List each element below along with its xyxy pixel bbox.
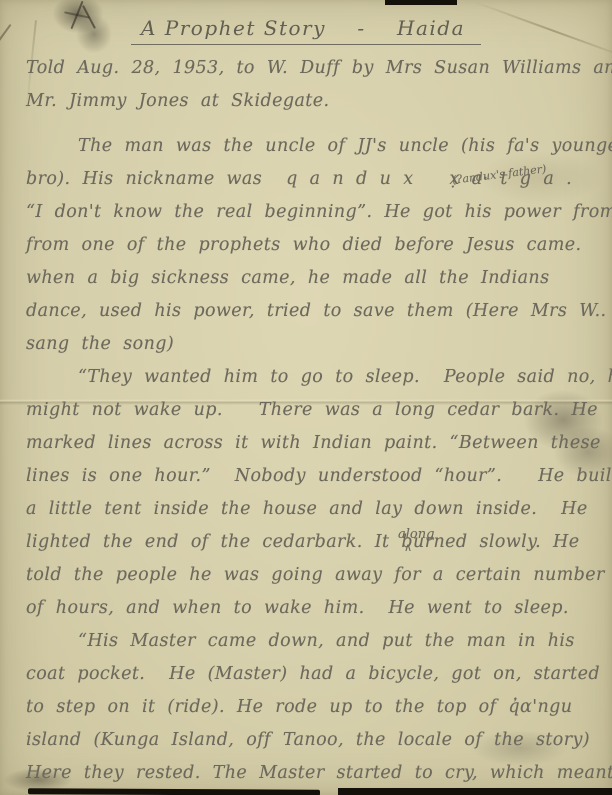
body-text: The man was the uncle of JJ's uncle (his… xyxy=(26,130,604,790)
handwritten-line: “I don't know the real beginning”. He go… xyxy=(26,196,604,229)
paragraph: “His Master came down, and put the man i… xyxy=(26,625,604,790)
handwritten-line: “His Master came down, and put the man i… xyxy=(26,625,604,658)
caret-mark: ∧ xyxy=(404,541,412,554)
handwritten-line: island (Kunga Island, off Tanoo, the loc… xyxy=(26,724,604,757)
handwritten-line: of hours, and when to wake him. He went … xyxy=(26,592,604,625)
handwritten-line: when a big sickness came, he made all th… xyxy=(26,262,604,295)
handwritten-line: Here they rested. The Master started to … xyxy=(26,757,604,790)
handwritten-line: a little tent inside the house and lay d… xyxy=(26,493,604,526)
handwritten-line: told the people he was going away for a … xyxy=(26,559,604,592)
caret-insert-word: along xyxy=(398,527,434,542)
handwritten-line: might not wake up. There was a long ceda… xyxy=(26,394,604,427)
handwritten-line: sang the song) xyxy=(26,328,604,361)
handwritten-line: lighted the end of the cedarbark. It bur… xyxy=(26,526,604,559)
handwritten-line: The man was the uncle of JJ's uncle (his… xyxy=(26,130,604,163)
attribution: Told Aug. 28, 1953, to W. Duff by Mrs Su… xyxy=(26,52,602,118)
attribution-line: Told Aug. 28, 1953, to W. Duff by Mrs Su… xyxy=(26,52,602,85)
title-row: A Prophet Story - Haida xyxy=(0,16,612,45)
handwritten-line: lines is one hour.” Nobody understood “h… xyxy=(26,460,604,493)
handwritten-line: “They wanted him to go to sleep. People … xyxy=(26,361,604,394)
scan-edge-top xyxy=(385,0,457,5)
attribution-line: Mr. Jimmy Jones at Skidegate. xyxy=(26,85,602,118)
handwritten-line: to step on it (ride). He rode up to the … xyxy=(26,691,604,724)
page-title: A Prophet Story - Haida xyxy=(131,16,481,45)
handwritten-line: coat pocket. He (Master) had a bicycle, … xyxy=(26,658,604,691)
handwritten-line: from one of the prophets who died before… xyxy=(26,229,604,262)
handwritten-line: marked lines across it with Indian paint… xyxy=(26,427,604,460)
manuscript-page: A Prophet Story - Haida Told Aug. 28, 19… xyxy=(0,0,612,795)
paragraph: “They wanted him to go to sleep. People … xyxy=(26,361,604,625)
handwritten-line: dance, used his power, tried to save the… xyxy=(26,295,604,328)
